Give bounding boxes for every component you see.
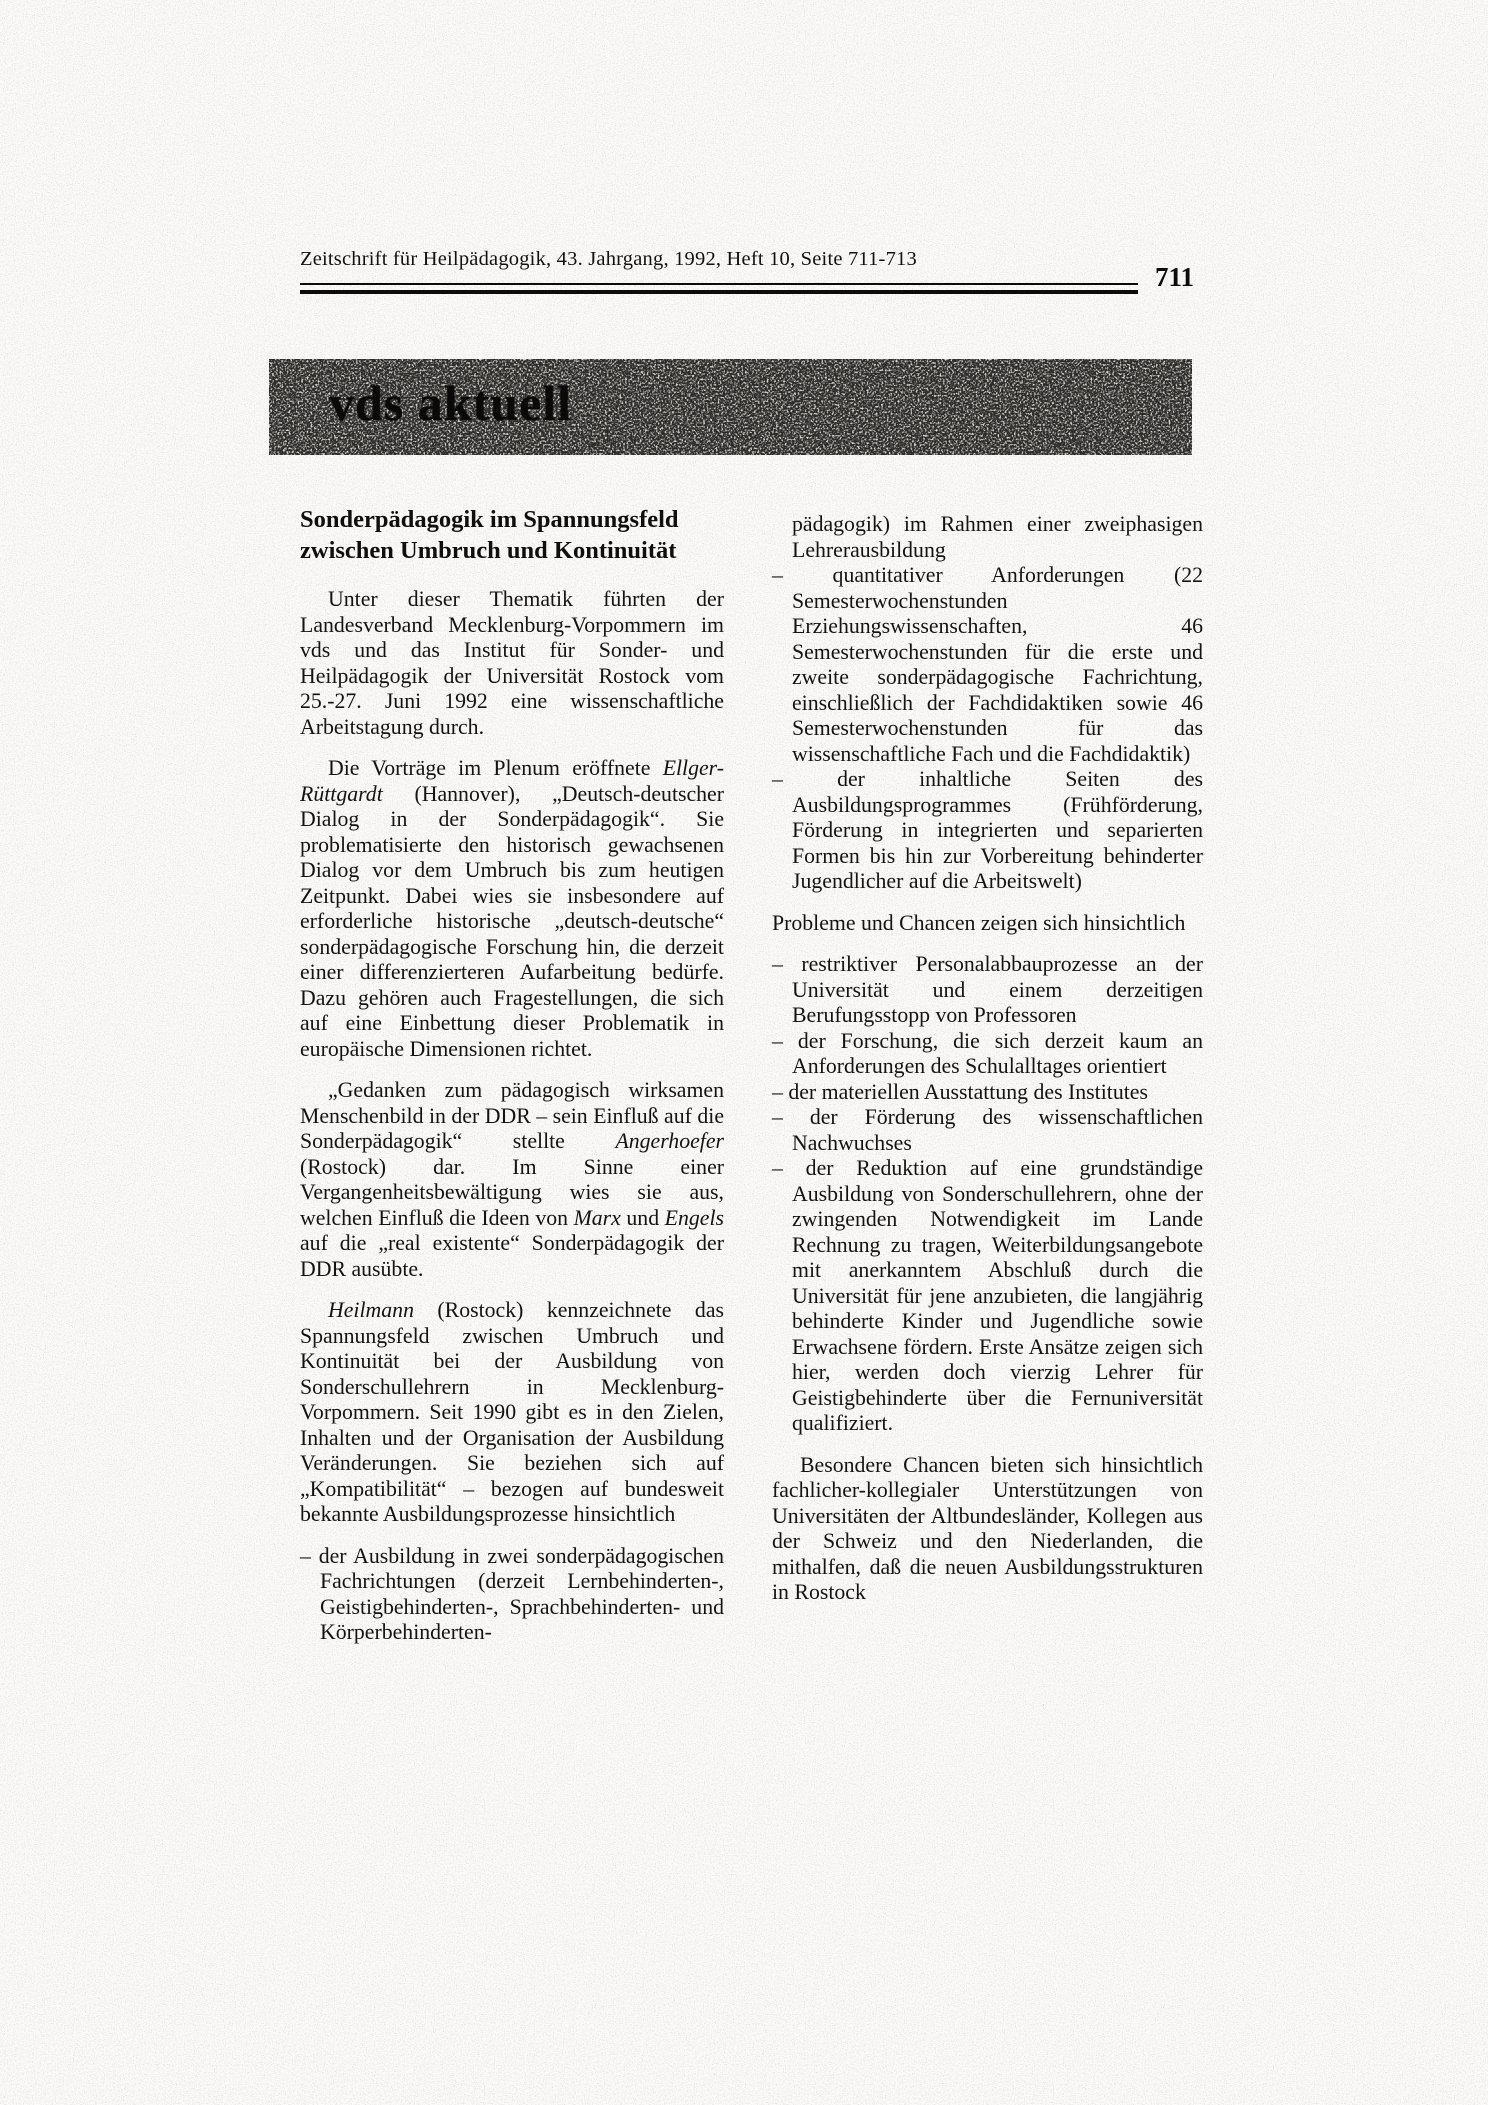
bullet-item: – der Förderung des wissenschaftlichen N… xyxy=(772,1105,1203,1156)
paragraph: Besondere Chancen bieten sich hinsichtli… xyxy=(772,1453,1203,1606)
paragraph: pädagogik) im Rahmen einer zweiphasigen … xyxy=(772,512,1203,563)
header-double-rule xyxy=(300,283,1138,294)
article-title: Sonderpädagogik im Spannungsfeld zwische… xyxy=(300,504,724,566)
bullet-marker: – xyxy=(772,1029,798,1053)
vds-aktuell-banner: vds aktuell xyxy=(269,359,1192,455)
bullet-marker: – xyxy=(772,1105,810,1129)
bullet-item: – der inhaltliche Seiten des Ausbildungs… xyxy=(772,767,1203,895)
bullet-marker: – xyxy=(772,563,833,587)
article-body: Sonderpädagogik im Spannungsfeld zwische… xyxy=(300,500,1203,1646)
right-column: pädagogik) im Rahmen einer zweiphasigen … xyxy=(772,500,1203,1646)
bullet-item: – der Reduktion auf eine grundständige A… xyxy=(772,1156,1203,1437)
bullet-item: – quantitativer Anforderungen (22 Semest… xyxy=(772,563,1203,767)
paragraph: Unter dieser Thematik führten der Landes… xyxy=(300,587,724,740)
page-number: 711 xyxy=(1155,262,1194,293)
bullet-item: – restriktiver Personalabbauprozesse an … xyxy=(772,952,1203,1029)
bullet-marker: – xyxy=(772,952,801,976)
left-column-blocks: Unter dieser Thematik führten der Landes… xyxy=(300,587,724,1646)
bullet-item: – der materiellen Ausstattung des Instit… xyxy=(772,1080,1203,1106)
bullet-marker: – xyxy=(772,767,837,791)
bullet-item: – der Forschung, die sich derzeit kaum a… xyxy=(772,1029,1203,1080)
paragraph: Die Vorträge im Plenum eröffnete Ellger-… xyxy=(300,756,724,1062)
paragraph: Heilmann (Rostock) kennzeichnete das Spa… xyxy=(300,1298,724,1528)
bullet-marker: – xyxy=(772,1080,788,1104)
paragraph: „Gedanken zum pädagogisch wirksamen Mens… xyxy=(300,1078,724,1282)
bullet-item: – der Ausbildung in zwei sonderpädagogis… xyxy=(300,1544,724,1646)
left-column: Sonderpädagogik im Spannungsfeld zwische… xyxy=(300,500,724,1646)
banner-title: vds aktuell xyxy=(329,374,572,432)
scanned-journal-page: Zeitschrift für Heilpädagogik, 43. Jahrg… xyxy=(0,0,1488,2105)
right-column-blocks: pädagogik) im Rahmen einer zweiphasigen … xyxy=(772,512,1203,1606)
paragraph: Probleme und Chancen zeigen sich hinsich… xyxy=(772,911,1203,937)
bullet-marker: – xyxy=(300,1544,319,1568)
journal-header-line: Zeitschrift für Heilpädagogik, 43. Jahrg… xyxy=(300,248,1200,271)
bullet-marker: – xyxy=(772,1156,806,1180)
